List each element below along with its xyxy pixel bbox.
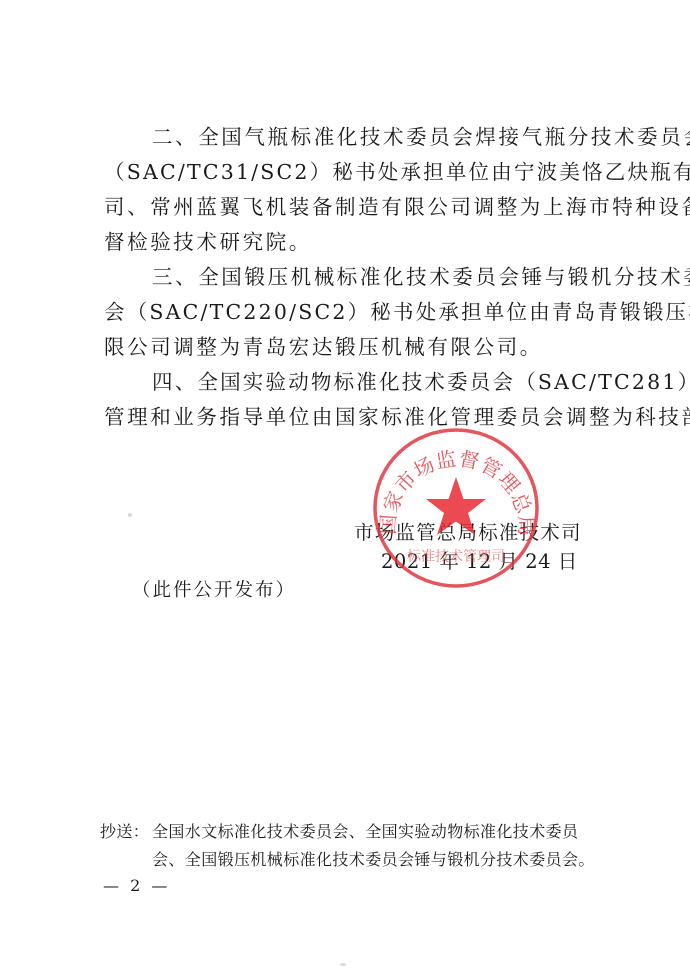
- document-body: 二、全国气瓶标准化技术委员会焊接气瓶分技术委员会 （SAC/TC31/SC2）秘…: [104, 120, 608, 435]
- document-page: 二、全国气瓶标准化技术委员会焊接气瓶分技术委员会 （SAC/TC31/SC2）秘…: [0, 0, 690, 976]
- page-number: — 2 —: [103, 876, 170, 895]
- public-release-note: （此件公开发布）: [132, 576, 296, 602]
- text-line: 会（SAC/TC220/SC2）秘书处承担单位由青岛青锻锻压机械有: [104, 295, 608, 330]
- cc-recipients-line-2: 会、全国锻压机械标准化技术委员会锤与锻机分技术委员会。: [100, 846, 595, 874]
- cc-recipients-line-1: 全国水文标准化技术委员会、全国实验动物标准化技术委员: [152, 822, 578, 841]
- text-line: 三、全国锻压机械标准化技术委员会锤与锻机分技术委员: [104, 260, 608, 295]
- text-line: 司、常州蓝翼飞机装备制造有限公司调整为上海市特种设备监: [104, 190, 608, 225]
- paragraph-item-2: 二、全国气瓶标准化技术委员会焊接气瓶分技术委员会 （SAC/TC31/SC2）秘…: [104, 120, 608, 260]
- scan-speck: [128, 513, 132, 517]
- issue-date: 2021 年 12 月 24 日: [381, 546, 578, 574]
- text-line: 督检验技术研究院。: [104, 225, 608, 260]
- cc-distribution: 抄送：全国水文标准化技术委员会、全国实验动物标准化技术委员 会、全国锻压机械标准…: [100, 818, 595, 874]
- text-line: 四、全国实验动物标准化技术委员会（SAC/TC281）日常: [104, 365, 608, 400]
- text-line: （SAC/TC31/SC2）秘书处承担单位由宁波美恪乙炔瓶有限公: [104, 155, 608, 190]
- text-line: 限公司调整为青岛宏达锻压机械有限公司。: [104, 330, 608, 365]
- paragraph-item-4: 四、全国实验动物标准化技术委员会（SAC/TC281）日常 管理和业务指导单位由…: [104, 365, 608, 435]
- text-line: 二、全国气瓶标准化技术委员会焊接气瓶分技术委员会: [104, 120, 608, 155]
- cc-label: 抄送：: [100, 818, 152, 846]
- scan-speck: [340, 963, 346, 966]
- issuer-signature: 市场监管总局标准技术司: [354, 517, 582, 545]
- text-line: 管理和业务指导单位由国家标准化管理委员会调整为科技部。: [104, 400, 608, 435]
- paragraph-item-3: 三、全国锻压机械标准化技术委员会锤与锻机分技术委员 会（SAC/TC220/SC…: [104, 260, 608, 365]
